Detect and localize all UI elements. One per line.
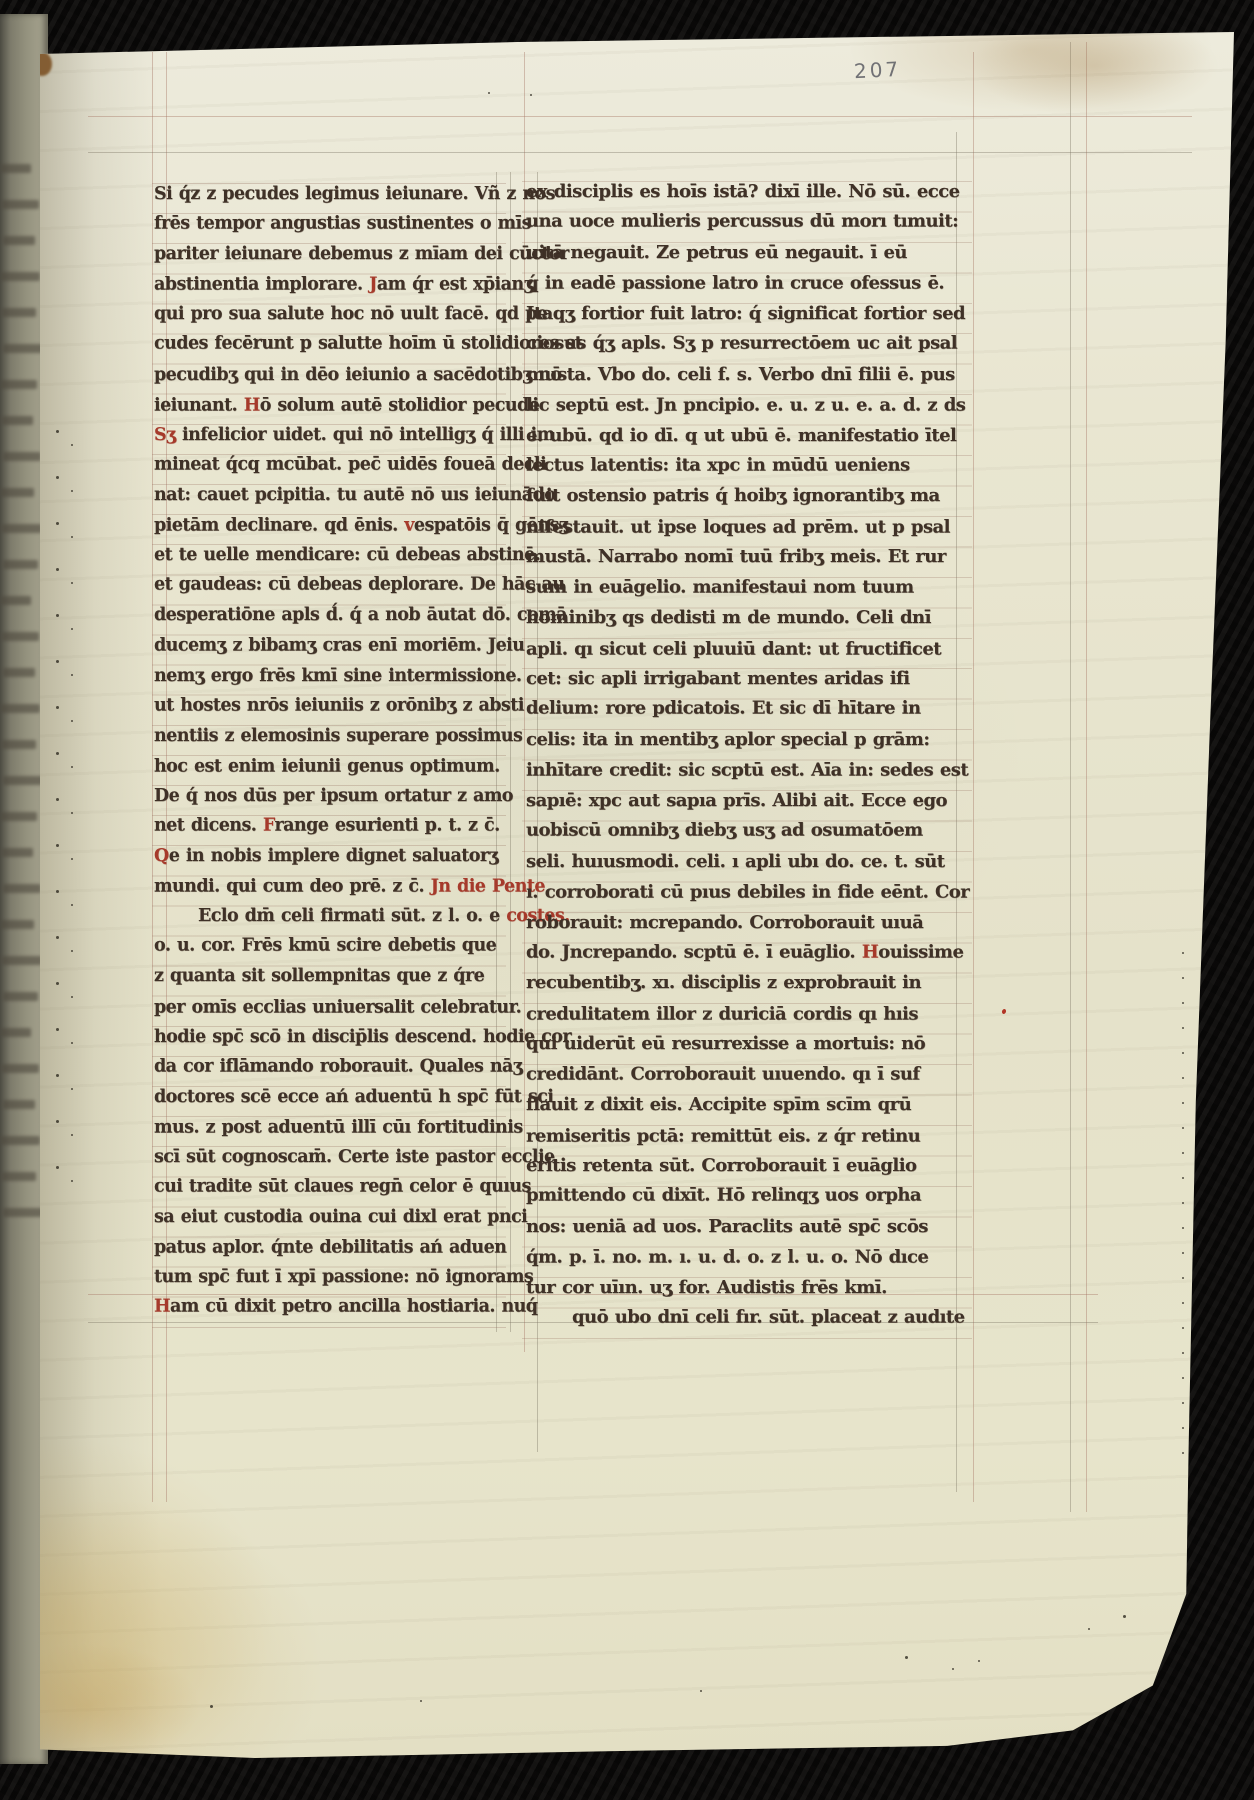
gutter-text-line (2, 524, 42, 533)
pricking-dot (1182, 1277, 1184, 1279)
ink-text: Itaqʒ fortior fuit latro: q́ significat … (526, 303, 965, 324)
text-line: hominibʒ qs dedisti m de mundo. Celi dnī (526, 603, 976, 633)
ink-text: ō solum autē stolidior pecude (260, 395, 540, 415)
ink-text: ı. corroborati cū pıus debiles in fide e… (526, 882, 969, 903)
ink-text: am cū dixit petro ancilla hostiaria. nuq… (170, 1297, 538, 1317)
gutter-text-line (2, 1172, 36, 1181)
text-line: q́ in eadē passione latro in cruce ofess… (526, 269, 976, 299)
ink-text: e in nobis implere dignet saluatorʒ (169, 846, 498, 866)
ink-text: celis: ita in mentibʒ aplor special p gr… (526, 729, 929, 750)
gutter-text-line (1, 488, 34, 497)
text-line: roborauit: mcrepando. Corroborauit uıuā (526, 908, 976, 938)
text-line: nentiis z elemosinis superare possimus (154, 721, 506, 751)
text-line: hodie spc̄ scō in discip̄lis descend. ho… (154, 1022, 506, 1052)
text-line: sum in euāgelio. manifestaui nom tuum (526, 572, 976, 602)
pricking-dot (71, 1134, 73, 1136)
text-line: per omīs ecclias uniuersalit celebratur. (154, 992, 506, 1022)
ink-text: nentiis z elemosinis superare possimus (154, 726, 522, 746)
ink-text: nat: cauet pcipitia. tu autē nō uıs ieiu… (154, 485, 555, 505)
pricking-dot (71, 628, 73, 630)
text-line: hoc est enim ieiunii genus optimum. (154, 751, 506, 781)
stain (40, 1502, 320, 1772)
gutter-text-line (2, 1064, 39, 1073)
ink-text: qui pro sua salute hoc nō uult facē. qd … (154, 304, 547, 324)
text-line: qui pro sua salute hoc nō uult facē. qd … (154, 299, 506, 329)
text-line: musta. Vbo do. celi f. s. Verbo dnī fili… (526, 360, 976, 390)
ink-text: delium: rore pdicatois. Et sic dī hītare… (526, 698, 920, 719)
text-line: recubentibʒ. xı. disciplis z exprobrauit… (526, 968, 976, 998)
ink-text: sa eiut custodia ouina cui dixl erat pnc… (154, 1207, 527, 1227)
ink-text: mustā. Narrabo nomī tuū fribʒ meis. Et r… (526, 546, 946, 567)
pricking-dot (1182, 1327, 1184, 1329)
ink-text: do. Jncrepando. scptū ē. ī euāglio. (526, 942, 862, 963)
ink-text: seli. huıusmodi. celi. ı apli ubı do. ce… (526, 851, 944, 872)
ink-text: nos: ueniā ad uos. Paraclits autē spc̄ s… (526, 1216, 928, 1237)
pricking-dot (1182, 1252, 1184, 1254)
text-line: do. Jncrepando. scptū ē. ī euāglio. Houi… (526, 938, 976, 968)
gutter-text-line (2, 956, 42, 965)
pricking-dot (56, 890, 59, 893)
ink-text: frēs tempor angustias sustinentes o mīs (154, 214, 531, 234)
pricking-dot (71, 1180, 73, 1182)
text-line: pmittendo cū dixīt. Hō relinqʒ uos orpha (526, 1181, 976, 1211)
text-line: da cor iflāmando roborauit. Quales nāʒ (154, 1051, 506, 1081)
text-line: abstinentia implorare. Jam q́r est xp̄ia… (154, 270, 506, 300)
text-line: mineat q́cq mcūbat. pec̄ uidēs foueā dec… (154, 449, 506, 479)
pricking-dot (1182, 1402, 1184, 1404)
ink-text: pecudibʒ qui in dēo ieiunio a sacēdotibʒ… (154, 365, 562, 385)
pricking-dot (71, 720, 73, 722)
pricking-dot (1182, 1177, 1184, 1179)
text-line: De q́ nos dūs per ipsum ortatur z amo (154, 781, 506, 811)
text-line: scī sūt cognoscam̄. Certe iste pastor ec… (154, 1142, 506, 1172)
pricking-dot (71, 766, 73, 768)
ink-text: et gaudeas: cū debeas deplorare. De hāc … (154, 575, 564, 595)
gutter-text-line (3, 992, 38, 1001)
ink-text: sum in euāgelio. manifestaui nom tuum (526, 576, 914, 597)
ink-text: uitā negauit. Ze petrus eū negauit. ī eū (526, 242, 907, 263)
pricking-dot (530, 94, 532, 96)
ink-text: roborauit: mcrepando. Corroborauit uıuā (526, 912, 923, 933)
text-line: una uoce mulieris percussus dū morı tımu… (526, 207, 976, 237)
text-line: cet: sic apli irrigabant mentes aridas i… (526, 664, 976, 694)
ink-text: mineat q́cq mcūbat. pec̄ uidēs foueā dec… (154, 454, 546, 474)
text-line: ut hostes nrōs ieiuniis z orōnibʒ z abst… (154, 690, 506, 720)
ink-text: infelicior uidet. qui nō intelligʒ q́ il… (175, 425, 554, 445)
red-ink-speck (1001, 1008, 1006, 1014)
text-line: flauit z dixit eis. Accipite spīm scīm q… (526, 1090, 976, 1120)
gutter-text-line (1, 272, 40, 281)
gutter-text-line (2, 740, 36, 749)
pricking-dot (420, 1700, 422, 1702)
pricking-dot (56, 706, 59, 709)
ruling-line (1070, 42, 1071, 1512)
pricking-dot (1182, 1127, 1184, 1129)
manuscript-page: 207 Si q́z z pecudes legimus ieiunare. V… (40, 32, 1234, 1758)
folio-number: 207 (853, 57, 901, 83)
pricking-dot (56, 660, 59, 663)
text-line: ex disciplis es hoīs istā? dixī ille. Nō… (526, 177, 976, 207)
pricking-dot (56, 798, 59, 801)
pricking-dot (1182, 1052, 1184, 1054)
pricking-dot (71, 996, 73, 998)
text-line: ı. corroborati cū pıus debiles in fide e… (526, 878, 976, 908)
pricking-dot (56, 1120, 59, 1123)
text-line: nifestauit. ut ipse loques ad prēm. ut p… (526, 512, 976, 542)
pricking-dot (56, 614, 59, 617)
pricking-dot (978, 1660, 980, 1662)
ink-text: patus aplor. q́nte debilitatis ań aduen (154, 1238, 506, 1258)
pricking-dot (1123, 1615, 1126, 1618)
text-line: o. u. cor. Frēs kmū scire debetis que (154, 931, 506, 961)
gutter-text-line (1, 920, 34, 929)
ink-text: Si q́z z pecudes legimus ieiunare. Vñ z … (154, 184, 555, 204)
ink-text: remiseritis pctā: remittūt eis. z q́r re… (526, 1125, 920, 1146)
ink-text: apli. qı sicut celi pluuiū dant: ut fruc… (526, 638, 941, 659)
text-line: ciosus q́ʒ apls. Sʒ p resurrectōem uc ai… (526, 329, 976, 359)
ink-text: tur cor uīın. uʒ for. Audistis frēs kmī. (526, 1277, 887, 1298)
pricking-dot (56, 1074, 59, 1077)
text-line: uobiscū omnibʒ diebʒ usʒ ad osumatōem (526, 816, 976, 846)
ink-text: et te uelle mendicare: cū debeas abstinē… (154, 545, 540, 565)
showthrough-text-strip (1, 164, 43, 1249)
text-line: celis: ita in mentibʒ aplor special p gr… (526, 725, 976, 755)
gutter-text-line (1, 380, 37, 389)
rubric-text: Q (154, 846, 169, 866)
rubric-text: Sʒ (154, 425, 175, 445)
pricking-dot (1182, 1202, 1184, 1204)
ink-text: uobiscū omnibʒ diebʒ usʒ ad osumatōem (526, 820, 923, 841)
ink-text: pmittendo cū dixīt. Hō relinqʒ uos orpha (526, 1185, 921, 1206)
ink-text: De q́ nos dūs per ipsum ortatur z amo (154, 786, 513, 806)
rubric-text: H (154, 1297, 170, 1317)
text-line: pietām declinare. qd ēnis. vespatōis q̄ … (154, 511, 506, 541)
ink-text: sapıē: xpc aut sapıa prīs. Alibi ait. Ec… (526, 790, 947, 811)
gutter-text-line (1, 596, 31, 605)
pricking-dot (1182, 1027, 1184, 1029)
pricking-dot (71, 536, 73, 538)
text-line: e. ubū. qd io dī. q ut ubū ē. manifestat… (526, 421, 976, 451)
text-line: fuit ostensio patris q́ hoibʒ ignorantib… (526, 481, 976, 511)
ink-text: cet: sic apli irrigabant mentes aridas i… (526, 668, 910, 689)
gutter-text-line (1, 812, 37, 821)
ink-text: ex disciplis es hoīs istā? dixī ille. Nō… (526, 181, 960, 202)
pricking-dot (1182, 1102, 1184, 1104)
text-line: lectus latentis: ita xpc in mūdū ueniens (526, 451, 976, 481)
text-line: ieiunant. Hō solum autē stolidior pecude (154, 390, 506, 420)
ink-text: net dicens. (154, 816, 263, 836)
pricking-dot (56, 1028, 59, 1031)
text-line: delium: rore pdicatois. Et sic dī hītare… (526, 694, 976, 724)
text-line: Ham cū dixit petro ancilla hostiaria. nu… (154, 1292, 506, 1322)
text-line: nat: cauet pcipitia. tu autē nō uıs ieiu… (154, 480, 506, 510)
pricking-dot (210, 1705, 213, 1708)
pricking-dot (952, 1668, 954, 1670)
pricking-dot (56, 476, 59, 479)
ink-text: ut hostes nrōs ieiuniis z orōnibʒ z abst… (154, 695, 524, 715)
gutter-text-line (3, 884, 41, 893)
ruling-line (152, 52, 153, 1502)
text-line: Qe in nobis implere dignet saluatorʒ (154, 841, 506, 871)
ink-text: e. ubū. qd io dī. q ut ubū ē. manifestat… (526, 425, 956, 446)
ink-text: quō ubo dnī celi fır. sūt. placeat z aud… (572, 1307, 965, 1328)
text-line: remiseritis pctā: remittūt eis. z q́r re… (526, 1121, 976, 1151)
gutter-text-line (3, 452, 41, 461)
ink-text: o. u. cor. Frēs kmū scire debetis que (154, 936, 496, 956)
gutter-text-line (3, 776, 44, 785)
ink-text: credidānt. Corroborauit uıuendo. qı ī su… (526, 1063, 920, 1084)
text-line: z quanta sit sollempnitas que z q́re (154, 961, 506, 991)
gutter-text-line (2, 632, 39, 641)
ink-text: cudes fecērunt p salutte hoīm ū stolidio… (154, 334, 582, 354)
text-line: mustā. Narrabo nomī tuū fribʒ meis. Et r… (526, 542, 976, 572)
pricking-dot (56, 936, 59, 939)
text-line: pariter ieiunare debemus z mīam dei cūct… (154, 239, 506, 269)
pricking-dot (1182, 1452, 1184, 1454)
ink-text: tum spc̄ fuıt ī xpī passione: nō ignoram… (154, 1267, 533, 1287)
text-line: Sʒ infelicior uidet. qui nō intelligʒ q́… (154, 420, 506, 450)
pricking-dot (488, 92, 490, 94)
pricking-dot (71, 812, 73, 814)
ink-text: ciosus q́ʒ apls. Sʒ p resurrectōem uc ai… (526, 333, 957, 354)
pricking-dot (1182, 1427, 1184, 1429)
gutter-text-line (1, 1028, 31, 1037)
pricking-dot (700, 1690, 702, 1692)
ink-text: recubentibʒ. xı. disciplis z exprobrauit… (526, 972, 921, 993)
text-line: et gaudeas: cū debeas deplorare. De hāc … (154, 570, 506, 600)
pricking-dot (1182, 1352, 1184, 1354)
text-line: sapıē: xpc aut sapıa prīs. Alibi ait. Ec… (526, 786, 976, 816)
text-line: desperatiōne apls d́. q́ a nob āutat dō.… (154, 600, 506, 630)
pricking-dot (71, 444, 73, 446)
text-line: seli. huıusmodi. celi. ı apli ubı do. ce… (526, 847, 976, 877)
gutter-text-line (2, 416, 33, 425)
rubric-text: F (263, 816, 275, 836)
gutter-text-line (3, 668, 35, 677)
pricking-dot (56, 522, 59, 525)
ink-text: hominibʒ qs dedisti m de mundo. Celi dnī (526, 607, 931, 628)
pricking-dot (905, 1656, 908, 1659)
rubric-text: v (404, 516, 414, 536)
text-line: sa eiut custodia ouina cui dixl erat pnc… (154, 1202, 506, 1232)
ruling-line (1086, 42, 1087, 1512)
text-line: tur cor uīın. uʒ for. Audistis frēs kmī. (526, 1273, 976, 1303)
ink-text: pariter ieiunare debemus z mīam dei cūct… (154, 244, 569, 264)
pricking-dot (71, 858, 73, 860)
text-line: doctores scē ecce ań aduentū h spc̄ fūt … (154, 1082, 506, 1112)
rubric-text: H (244, 395, 260, 415)
pricking-dot (71, 904, 73, 906)
ink-text: qui uiderūt eū resurrexisse a mortuis: n… (526, 1033, 925, 1054)
pricking-dot (71, 950, 73, 952)
ink-text: eritis retenta sūt. Corroborauit ī euāgl… (526, 1155, 916, 1176)
ink-text: lic septū est. Jn pncipio. e. u. z u. e.… (526, 395, 965, 416)
pricking-dot (254, 338, 256, 340)
ink-text: cui tradite sūt claues regn̄ celor ē quı… (154, 1177, 531, 1197)
ink-text: Eclo dm̄ celi firmati sūt. z l. o. e (198, 906, 506, 926)
pricking-dot (56, 844, 59, 847)
text-line: patus aplor. q́nte debilitatis ań aduen (154, 1233, 506, 1263)
ink-text: credulitatem illor z duriciā cordis qı h… (526, 1003, 918, 1024)
pricking-dot (1088, 1628, 1090, 1630)
ink-text: inhītare credit: sic scptū est. Aīa in: … (526, 760, 968, 781)
ink-text: ieiunant. (154, 395, 244, 415)
text-line: Eclo dm̄ celi firmati sūt. z l. o. e cos… (154, 901, 506, 931)
pricking-dot (1182, 977, 1184, 979)
text-line: Itaqʒ fortior fuit latro: q́ significat … (526, 299, 976, 329)
pricking-dot (56, 430, 59, 433)
text-line: credidānt. Corroborauit uıuendo. qı ī su… (526, 1059, 976, 1089)
text-line: cudes fecērunt p salutte hoīm ū stolidio… (154, 329, 506, 359)
text-line: q́m. p. ī. no. m. ı. u. d. o. z l. u. o.… (526, 1243, 976, 1273)
gutter-text-line (2, 200, 39, 209)
text-line: lic septū est. Jn pncipio. e. u. z u. e.… (526, 391, 976, 421)
text-line: et te uelle mendicare: cū debeas abstinē… (154, 540, 506, 570)
pricking-dot (56, 1166, 59, 1169)
text-line: pecudibʒ qui in dēo ieiunio a sacēdotibʒ… (154, 360, 506, 390)
text-line: inhītare credit: sic scptū est. Aīa in: … (526, 756, 976, 786)
text-line: mundi. qui cum deo prē. z c̄. Jn die Pen… (154, 872, 506, 902)
left-text-column: Si q́z z pecudes legimus ieiunare. Vñ z … (154, 179, 506, 1323)
ink-text: mus. z post aduentū illī cūı fortitudini… (154, 1118, 523, 1138)
gutter-text-line (3, 1100, 35, 1109)
text-line: apli. qı sicut celi pluuiū dant: ut fruc… (526, 634, 976, 664)
pricking-dot (56, 568, 59, 571)
gutter-text-line (3, 344, 44, 353)
text-line: eritis retenta sūt. Corroborauit ī euāgl… (526, 1151, 976, 1181)
pricking-dot (71, 1042, 73, 1044)
ink-text: desperatiōne apls d́. q́ a nob āutat dō.… (154, 605, 567, 625)
pricking-dot (56, 752, 59, 755)
ink-text: scī sūt cognoscam̄. Certe iste pastor ec… (154, 1147, 555, 1167)
gutter-text-line (1, 1136, 40, 1145)
text-line: Si q́z z pecudes legimus ieiunare. Vñ z … (154, 179, 506, 209)
ink-text: pietām declinare. qd ēnis. (154, 516, 404, 536)
ink-text: ouissime (878, 942, 963, 963)
pricking-dot (1182, 1302, 1184, 1304)
ink-text: fuit ostensio patris q́ hoibʒ ignorantib… (526, 485, 940, 506)
text-line: ducemʒ z bibamʒ cras enī moriēm. Jeiu (154, 631, 506, 661)
ink-text: abstinentia implorare. (154, 275, 369, 295)
text-line: credulitatem illor z duriciā cordis qı h… (526, 999, 976, 1029)
ink-text: per omīs ecclias uniuersalit celebratur. (154, 997, 521, 1017)
pricking-dot (1182, 952, 1184, 954)
pricking-dot (71, 490, 73, 492)
ink-text: hodie spc̄ scō in discip̄lis descend. ho… (154, 1027, 571, 1047)
text-line: cui tradite sūt claues regn̄ celor ē quı… (154, 1172, 506, 1202)
gutter-text-line (3, 1208, 44, 1217)
pricking-dot (71, 674, 73, 676)
ink-text: da cor iflāmando roborauit. Quales nāʒ (154, 1056, 522, 1076)
pricking-dot (71, 1088, 73, 1090)
text-line: quō ubo dnī celi fır. sūt. placeat z aud… (526, 1303, 976, 1333)
ink-text: nemʒ ergo frēs kmī sine intermissione. (154, 666, 521, 686)
rubric-text: H (862, 942, 878, 963)
gutter-text-line (3, 560, 38, 569)
gutter-text-line (1, 164, 31, 173)
text-line: nemʒ ergo frēs kmī sine intermissione. (154, 661, 506, 691)
pricking-dot (1182, 1077, 1184, 1079)
ink-text: nifestauit. ut ipse loques ad prēm. ut p… (526, 516, 950, 537)
ruling-line (88, 152, 1192, 153)
text-line: tum spc̄ fuıt ī xpī passione: nō ignoram… (154, 1262, 506, 1292)
ink-text: doctores scē ecce ań aduentū h spc̄ fūt … (154, 1087, 553, 1107)
ink-text: q́m. p. ī. no. m. ı. u. d. o. z l. u. o.… (526, 1247, 928, 1268)
ink-text: flauit z dixit eis. Accipite spīm scīm q… (526, 1094, 911, 1115)
text-line: frēs tempor angustias sustinentes o mīs (154, 209, 506, 239)
gutter-text-line (3, 236, 35, 245)
gutter-text-line (2, 848, 33, 857)
ink-text: am q́r est xp̄ianʒ (377, 275, 533, 295)
pricking-dot (1182, 1377, 1184, 1379)
gutter-text-line (2, 308, 36, 317)
text-line: net dicens. Frange esurienti p. t. z c̄. (154, 811, 506, 841)
pricking-dot (56, 982, 59, 985)
ink-text: lectus latentis: ita xpc in mūdū ueniens (526, 455, 910, 476)
right-text-column: ex disciplis es hoīs istā? dixī ille. Nō… (526, 177, 976, 1334)
ink-text: mundi. qui cum deo prē. z c̄. (154, 877, 431, 897)
text-line: mus. z post aduentū illī cūı fortitudini… (154, 1113, 506, 1143)
ink-text: hoc est enim ieiunii genus optimum. (154, 756, 500, 776)
text-line: nos: ueniā ad uos. Paraclits autē spc̄ s… (526, 1212, 976, 1242)
gutter-text-line (1, 704, 40, 713)
rubric-text: J (369, 275, 377, 295)
ink-text: q́ in eadē passione latro in cruce ofess… (526, 273, 944, 294)
ink-text: musta. Vbo do. celi f. s. Verbo dnī fili… (526, 364, 955, 385)
pricking-dot (1182, 1227, 1184, 1229)
pricking-dot (1182, 1002, 1184, 1004)
stain (970, 32, 1220, 117)
ink-text: z quanta sit sollempnitas que z q́re (154, 966, 484, 986)
ink-text: ducemʒ z bibamʒ cras enī moriēm. Jeiu (154, 636, 524, 656)
ink-text: range esurienti p. t. z c̄. (274, 816, 499, 836)
pricking-dot (71, 582, 73, 584)
ink-text: una uoce mulieris percussus dū morı tımu… (526, 211, 958, 232)
pricking-dot (1182, 1152, 1184, 1154)
text-line: uitā negauit. Ze petrus eū negauit. ī eū (526, 238, 976, 268)
text-line: qui uiderūt eū resurrexisse a mortuis: n… (526, 1029, 976, 1059)
